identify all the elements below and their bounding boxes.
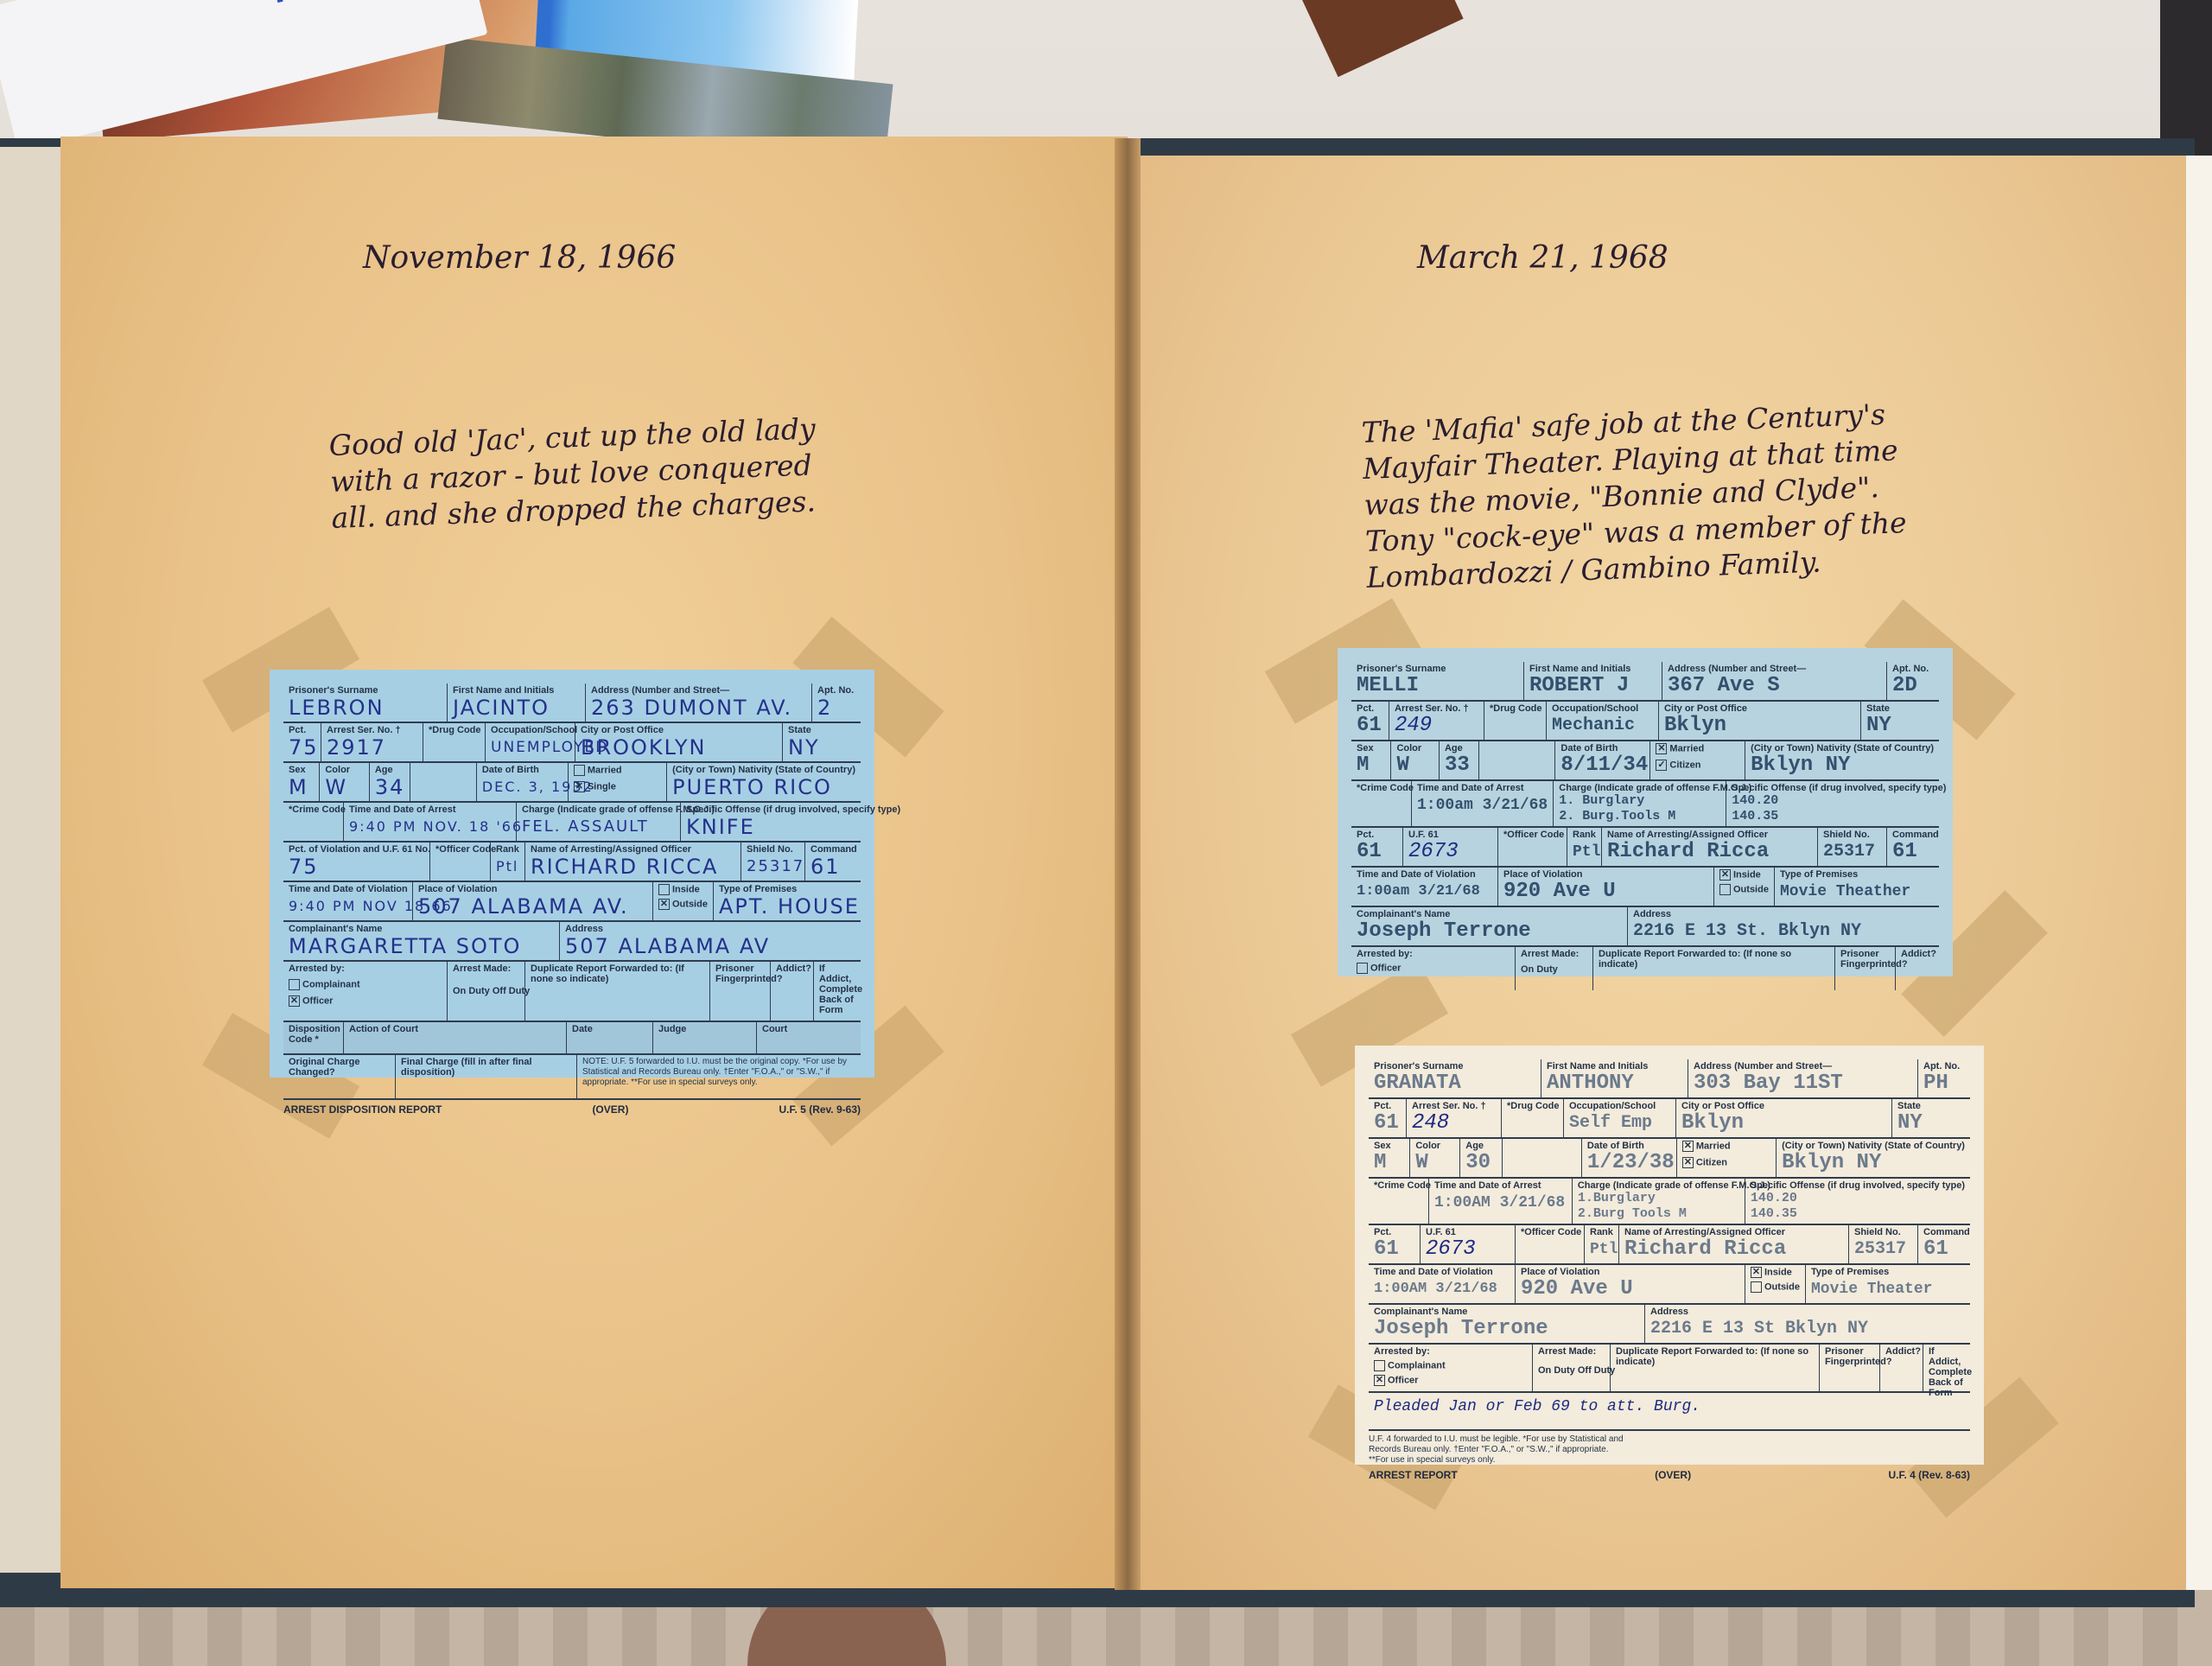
label-sex: Sex <box>1374 1141 1404 1151</box>
label-surname: Prisoner's Surname <box>289 685 442 696</box>
label-place-violation: Place of Violation <box>1521 1267 1739 1277</box>
label-disposition: Disposition Code * <box>289 1024 338 1045</box>
citizen-checkbox: ✕ <box>1682 1157 1694 1168</box>
label-state: State <box>1866 703 1934 714</box>
label-dob: Date of Birth <box>1587 1141 1671 1151</box>
value-color: W <box>1415 1151 1454 1175</box>
label-arrested-by: Arrested by: <box>289 963 442 974</box>
label-officer-cb: Officer <box>302 995 333 1006</box>
card-title: ARREST DISPOSITION REPORT <box>283 1103 442 1116</box>
label-time-date-violation: Time and Date of Violation <box>1374 1267 1510 1277</box>
label-action-court: Action of Court <box>349 1024 561 1034</box>
value-apt: PH <box>1923 1071 1965 1096</box>
value-surname: MELLI <box>1357 674 1518 698</box>
label-specific-offense: Specific Offense (if drug involved, spec… <box>1732 783 1946 793</box>
label-comp-address: Address <box>1633 909 1934 919</box>
form-number: U.F. 4 (Rev. 8-63) <box>1889 1469 1970 1481</box>
value-address: 303 Bay 11ST <box>1694 1071 1912 1096</box>
label-arrest-ser: Arrest Ser. No. † <box>1395 703 1478 714</box>
label-age: Age <box>1445 743 1473 754</box>
value-place-violation: 920 Ave U <box>1503 880 1708 904</box>
label-surname: Prisoner's Surname <box>1357 664 1518 674</box>
value-pct: 61 <box>1374 1111 1401 1135</box>
label-addict: Addict? <box>1885 1346 1917 1357</box>
label-first-name: First Name and Initials <box>1529 664 1656 674</box>
label-duplicate: Duplicate Report Forwarded to: (If none … <box>1616 1346 1814 1367</box>
label-inside: Inside <box>672 884 700 894</box>
value-premises: APT. HOUSE <box>719 894 855 919</box>
left-page-note: Good old 'Jac', cut up the old lady with… <box>328 410 818 537</box>
label-address: Address (Number and Street— <box>1694 1061 1912 1071</box>
value-color: W <box>1396 754 1433 778</box>
value-rank: Ptl <box>1573 840 1596 864</box>
label-single: Single <box>588 781 616 792</box>
label-state: State <box>788 725 855 735</box>
value-address: 367 Ave S <box>1668 674 1881 698</box>
citizen-checkbox: ✓ <box>1656 760 1667 771</box>
value-time-violation: 1:00AM <box>1374 1281 1427 1297</box>
inside-checkbox: ✕ <box>1751 1267 1762 1278</box>
label-fingerprinted: Prisoner Fingerprinted? <box>715 963 765 984</box>
label-crime-code: *Crime Code <box>1374 1180 1423 1191</box>
left-page-date: November 18, 1966 <box>363 240 676 276</box>
value-state: NY <box>1897 1111 1965 1135</box>
label-if-addict: If Addict, Complete Back of Form <box>1929 1346 1965 1398</box>
label-duplicate: Duplicate Report Forwarded to: (If none … <box>1599 949 1829 970</box>
outside-checkbox: ✕ <box>658 899 670 910</box>
value-pct-violation: 75 <box>289 855 424 879</box>
value-time-arrest: 1:00AM <box>1434 1194 1491 1211</box>
value-sex: M <box>289 775 314 799</box>
label-on-duty: On Duty <box>453 986 490 996</box>
value-date-violation: 3/21/68 <box>1418 883 1479 900</box>
value-first-name: JACINTO <box>453 696 580 720</box>
label-officer-name: Name of Arresting/Assigned Officer <box>531 844 735 855</box>
value-charge-1: 1. Burglary <box>1559 793 1720 809</box>
value-time-arrest: 9:40 PM <box>349 818 416 835</box>
label-fingerprinted: Prisoner Fingerprinted? <box>1825 1346 1874 1367</box>
officer-checkbox <box>1357 963 1368 974</box>
label-command: Command <box>1892 830 1934 840</box>
value-charge-2: 2. Burg.Tools M <box>1559 809 1720 824</box>
label-rank: Rank <box>1573 830 1596 840</box>
label-arrest-made: Arrest Made: <box>1521 949 1587 959</box>
label-command: Command <box>810 844 855 855</box>
complainant-checkbox <box>289 979 300 990</box>
label-arrest-ser: Arrest Ser. No. † <box>1412 1101 1496 1111</box>
value-dob: 8/11/34 <box>1560 754 1644 778</box>
value-arrest-ser: 248 <box>1412 1111 1496 1135</box>
value-time-violation: 9:40 PM <box>289 898 356 914</box>
value-offense-1: 140.20 <box>1732 793 1946 809</box>
label-pct-violation: Pct. <box>1374 1227 1414 1237</box>
label-outside: Outside <box>1733 884 1769 894</box>
label-off-duty: Off Duty <box>1578 1365 1615 1376</box>
label-off-duty: Off Duty <box>493 986 530 996</box>
label-city: City or Post Office <box>1681 1101 1886 1111</box>
complainant-checkbox <box>1374 1360 1385 1371</box>
label-time-date-arrest: Time and Date of Arrest <box>1434 1180 1567 1191</box>
handwritten-remark: Pleaded Jan or Feb 69 to att. Burg. <box>1374 1395 1965 1419</box>
label-married: Married <box>1696 1141 1731 1151</box>
label-premises: Type of Premises <box>719 884 855 894</box>
label-sex: Sex <box>1357 743 1385 754</box>
label-pct-violation: Pct. <box>1357 830 1397 840</box>
label-sex: Sex <box>289 765 314 775</box>
label-state: State <box>1897 1101 1965 1111</box>
label-if-addict: If Addict, Complete Back of Form <box>819 963 855 1015</box>
value-date-arrest: 3/21/68 <box>1500 1194 1566 1211</box>
value-officer-name: Richard Ricca <box>1624 1237 1843 1262</box>
label-address: Address (Number and Street— <box>1668 664 1881 674</box>
value-shield: 25317 <box>747 855 799 879</box>
label-apt: Apt. No. <box>1892 664 1934 674</box>
label-shield: Shield No. <box>1823 830 1881 840</box>
label-first-name: First Name and Initials <box>453 685 580 696</box>
value-charge: FEL. ASSAULT <box>522 815 675 839</box>
value-city: Bklyn <box>1664 714 1855 738</box>
value-shield: 25317 <box>1823 840 1881 864</box>
label-officer-cb: Officer <box>1370 963 1401 973</box>
value-comp-address: 2216 E 13 St Bklyn NY <box>1650 1317 1965 1341</box>
arrest-card-melli: Prisoner's SurnameMELLI First Name and I… <box>1338 648 1953 976</box>
value-dob: 1/23/38 <box>1587 1151 1671 1175</box>
label-complainant: Complainant's Name <box>1357 909 1622 919</box>
label-color: Color <box>325 765 364 775</box>
label-on-duty: On Duty <box>1521 964 1558 975</box>
label-outside: Outside <box>672 899 708 909</box>
label-dob: Date of Birth <box>1560 743 1644 754</box>
value-officer-name: Richard Ricca <box>1607 840 1812 864</box>
label-officer-code: *Officer Code <box>1503 830 1561 840</box>
label-nativity: (City or Town) Nativity (State of Countr… <box>1782 1141 1965 1151</box>
label-comp-address: Address <box>1650 1307 1965 1317</box>
label-occupation: Occupation/School <box>491 725 569 735</box>
label-time-date-arrest: Time and Date of Arrest <box>349 804 511 815</box>
value-age: 30 <box>1465 1151 1496 1175</box>
label-inside: Inside <box>1733 869 1761 880</box>
label-charge: Charge (Indicate grade of offense F.M.O.… <box>522 804 675 815</box>
value-place-violation: 920 Ave U <box>1521 1277 1739 1301</box>
label-drug-code: *Drug Code <box>429 725 480 735</box>
label-drug-code: *Drug Code <box>1490 703 1541 714</box>
label-outside: Outside <box>1764 1281 1800 1292</box>
label-officer-code: *Officer Code <box>435 844 485 855</box>
label-duplicate: Duplicate Report Forwarded to: (If none … <box>531 963 704 984</box>
value-pct-violation: 61 <box>1357 840 1397 864</box>
label-citizen: Citizen <box>1696 1157 1727 1167</box>
value-age: 34 <box>375 775 405 799</box>
label-officer-code: *Officer Code <box>1521 1227 1579 1237</box>
label-age: Age <box>1465 1141 1496 1151</box>
value-color: W <box>325 775 364 799</box>
outside-checkbox <box>1751 1281 1762 1293</box>
label-specific-offense: Specific Offense (if drug involved, spec… <box>1751 1180 1965 1191</box>
label-inside: Inside <box>1764 1267 1792 1277</box>
value-apt: 2 <box>817 696 855 720</box>
label-crime-code: *Crime Code <box>289 804 338 815</box>
value-specific-offense: KNIFE <box>686 815 900 839</box>
value-pct: 75 <box>289 735 315 760</box>
label-crime-code: *Crime Code <box>1357 783 1406 793</box>
label-surname: Prisoner's Surname <box>1374 1061 1535 1071</box>
label-apt: Apt. No. <box>1923 1061 1965 1071</box>
officer-checkbox: ✕ <box>289 995 300 1007</box>
value-sex: M <box>1374 1151 1404 1175</box>
value-state: NY <box>788 735 855 760</box>
label-officer-name: Name of Arresting/Assigned Officer <box>1624 1227 1843 1237</box>
label-arrest-ser: Arrest Ser. No. † <box>327 725 417 735</box>
value-city: Bklyn <box>1681 1111 1886 1135</box>
label-complainant-cb: Complainant <box>302 979 360 989</box>
value-uf61: 2673 <box>1426 1237 1510 1262</box>
magazine-letter: F <box>268 0 300 10</box>
label-first-name: First Name and Initials <box>1547 1061 1682 1071</box>
value-sex: M <box>1357 754 1385 778</box>
label-addict: Addict? <box>1901 949 1934 959</box>
label-nativity: (City or Town) Nativity (State of Countr… <box>672 765 855 775</box>
label-arrest-made: Arrest Made: <box>453 963 519 974</box>
value-command: 61 <box>1892 840 1934 864</box>
value-occupation: UNEMPLOYED <box>491 735 569 760</box>
label-time-date-violation: Time and Date of Violation <box>289 884 407 894</box>
label-place-violation: Place of Violation <box>418 884 647 894</box>
label-pct: Pct. <box>1374 1101 1401 1111</box>
label-arrest-made: Arrest Made: <box>1538 1346 1605 1357</box>
value-nativity: Bklyn NY <box>1751 754 1934 778</box>
value-complainant: Joseph Terrone <box>1374 1317 1639 1341</box>
value-complainant: Joseph Terrone <box>1357 919 1622 944</box>
value-place-violation: 507 ALABAMA AV. <box>418 894 647 919</box>
label-pct-violation: Pct. of Violation and U.F. 61 No. <box>289 844 424 855</box>
value-age: 33 <box>1445 754 1473 778</box>
form-number: U.F. 5 (Rev. 9-63) <box>779 1103 861 1116</box>
value-nativity: PUERTO RICO <box>672 775 855 799</box>
value-premises: Movie Theather <box>1780 880 1934 904</box>
value-arrest-ser: 2917 <box>327 735 417 760</box>
label-premises: Type of Premises <box>1780 869 1934 880</box>
value-complainant: MARGARETTA SOTO <box>289 934 554 958</box>
label-apt: Apt. No. <box>817 685 855 696</box>
right-page-note: The 'Mafia' safe job at the Century's Ma… <box>1361 396 1909 596</box>
label-married: Married <box>1669 743 1704 754</box>
value-surname: LEBRON <box>289 696 442 720</box>
value-charge-2: 2.Burg Tools M <box>1578 1206 1739 1222</box>
value-command: 61 <box>810 855 855 879</box>
value-date-arrest: NOV. 18 '66 <box>423 818 524 835</box>
label-occupation: Occupation/School <box>1569 1101 1670 1111</box>
label-officer-cb: Officer <box>1388 1375 1418 1385</box>
value-comp-address: 507 ALABAMA AV <box>565 934 855 958</box>
label-court: Court <box>762 1024 855 1034</box>
dark-furniture-edge <box>2160 0 2212 156</box>
label-date: Date <box>572 1024 647 1034</box>
value-offense-1: 140.20 <box>1751 1191 1965 1206</box>
label-dob: Date of Birth <box>482 765 563 775</box>
label-complainant: Complainant's Name <box>1374 1307 1639 1317</box>
card-over: (OVER) <box>592 1103 628 1116</box>
value-time-arrest: 1:00am <box>1417 797 1473 814</box>
book-gutter <box>1115 138 1141 1590</box>
value-pct-violation: 61 <box>1374 1237 1414 1262</box>
right-page-date: March 21, 1968 <box>1417 240 1669 276</box>
arrest-card-granata: Prisoner's SurnameGRANATA First Name and… <box>1355 1046 1984 1465</box>
inside-checkbox <box>658 884 670 895</box>
label-command: Command <box>1923 1227 1965 1237</box>
value-time-violation: 1:00am <box>1357 883 1409 900</box>
card-over: (OVER) <box>1655 1469 1691 1481</box>
label-officer-name: Name of Arresting/Assigned Officer <box>1607 830 1812 840</box>
value-officer-name: RICHARD RICCA <box>531 855 735 879</box>
label-specific-offense: Specific Offense (if drug involved, spec… <box>686 804 900 815</box>
label-pct: Pct. <box>289 725 315 735</box>
label-city: City or Post Office <box>581 725 777 735</box>
label-fingerprinted: Prisoner Fingerprinted? <box>1840 949 1890 970</box>
value-rank: Ptl <box>1590 1237 1613 1262</box>
label-occupation: Occupation/School <box>1552 703 1653 714</box>
married-checkbox: ✕ <box>1656 743 1667 754</box>
value-surname: GRANATA <box>1374 1071 1535 1096</box>
label-addict: Addict? <box>776 963 808 974</box>
label-color: Color <box>1415 1141 1454 1151</box>
value-command: 61 <box>1923 1237 1965 1262</box>
value-occupation: Mechanic <box>1552 714 1653 738</box>
value-occupation: Self Emp <box>1569 1111 1670 1135</box>
label-place-violation: Place of Violation <box>1503 869 1708 880</box>
label-rank: Rank <box>496 844 519 855</box>
value-address: 263 DUMONT AV. <box>591 696 806 720</box>
value-offense-2: 140.35 <box>1732 809 1946 824</box>
label-address: Address (Number and Street— <box>591 685 806 696</box>
card-footnote: U.F. 4 forwarded to I.U. must be legible… <box>1369 1434 1628 1466</box>
label-rank: Rank <box>1590 1227 1613 1237</box>
card-title: ARREST REPORT <box>1369 1469 1458 1481</box>
label-arrested-by: Arrested by: <box>1357 949 1510 959</box>
single-checkbox: ✕ <box>574 781 585 792</box>
card-footnote: NOTE: U.F. 5 forwarded to I.U. must be t… <box>582 1057 855 1088</box>
label-premises: Type of Premises <box>1811 1267 1965 1277</box>
label-arrested-by: Arrested by: <box>1374 1346 1527 1357</box>
value-offense-2: 140.35 <box>1751 1206 1965 1222</box>
value-rank: Ptl <box>496 855 519 879</box>
value-nativity: Bklyn NY <box>1782 1151 1965 1175</box>
label-orig-charge: Original Charge Changed? <box>289 1057 390 1078</box>
label-pct: Pct. <box>1357 703 1383 714</box>
label-judge: Judge <box>658 1024 751 1034</box>
label-shield: Shield No. <box>1854 1227 1912 1237</box>
label-city: City or Post Office <box>1664 703 1855 714</box>
label-nativity: (City or Town) Nativity (State of Countr… <box>1751 743 1934 754</box>
value-dob: DEC. 3, 1932 <box>482 775 563 799</box>
value-charge-1: 1.Burglary <box>1578 1191 1739 1206</box>
page-edges <box>2186 156 2212 1590</box>
value-date-violation: 3/21/68 <box>1435 1281 1497 1297</box>
value-uf61: 2673 <box>1408 840 1492 864</box>
officer-checkbox: ✕ <box>1374 1375 1385 1386</box>
label-on-duty: On Duty <box>1538 1365 1575 1376</box>
label-charge: Charge (Indicate grade of offense F.M.O.… <box>1559 783 1720 793</box>
label-charge: Charge (Indicate grade of offense F.M.O.… <box>1578 1180 1739 1191</box>
label-age: Age <box>375 765 405 775</box>
inside-checkbox: ✕ <box>1719 869 1731 881</box>
value-apt: 2D <box>1892 674 1934 698</box>
value-premises: Movie Theater <box>1811 1277 1965 1301</box>
value-first-name: ANTHONY <box>1547 1071 1682 1096</box>
value-shield: 25317 <box>1854 1237 1912 1262</box>
married-checkbox <box>574 765 585 776</box>
label-complainant: Complainant's Name <box>289 924 554 934</box>
label-shield: Shield No. <box>747 844 799 855</box>
label-final-charge: Final Charge (fill in after final dispos… <box>401 1057 571 1078</box>
outside-checkbox <box>1719 884 1731 895</box>
arrest-card-lebron: Prisoner's SurnameLEBRON First Name and … <box>270 670 874 1078</box>
label-time-date-arrest: Time and Date of Arrest <box>1417 783 1548 793</box>
label-married: Married <box>588 765 622 775</box>
value-comp-address: 2216 E 13 St. Bklyn NY <box>1633 919 1934 944</box>
married-checkbox: ✕ <box>1682 1141 1694 1152</box>
value-pct: 61 <box>1357 714 1383 738</box>
value-first-name: ROBERT J <box>1529 674 1656 698</box>
label-comp-address: Address <box>565 924 855 934</box>
label-time-date-violation: Time and Date of Violation <box>1357 869 1492 880</box>
label-citizen: Citizen <box>1669 760 1700 770</box>
value-city: BROOKLYN <box>581 735 777 760</box>
label-drug-code: *Drug Code <box>1507 1101 1558 1111</box>
value-arrest-ser: 249 <box>1395 714 1478 738</box>
label-color: Color <box>1396 743 1433 754</box>
label-complainant-cb: Complainant <box>1388 1360 1446 1370</box>
value-date-arrest: 3/21/68 <box>1483 797 1548 814</box>
value-state: NY <box>1866 714 1934 738</box>
